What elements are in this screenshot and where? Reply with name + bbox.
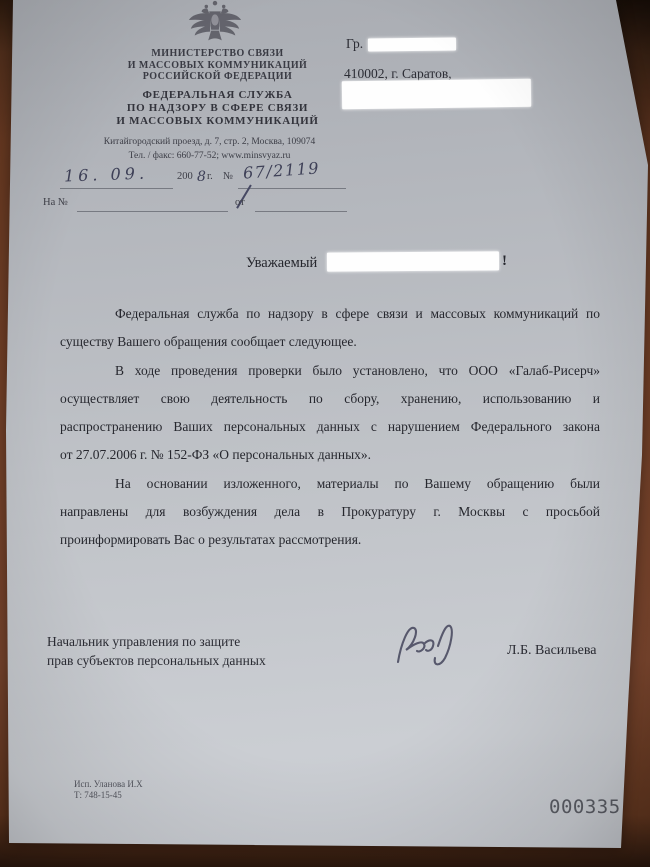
body-line: Федеральная служба по надзору в сфере св… xyxy=(60,300,600,328)
executor-name: Исп. Уланова И.Х xyxy=(74,779,143,790)
paper-content: МИНИСТЕРСТВО СВЯЗИ И МАССОВЫХ КОММУНИКАЦ… xyxy=(0,0,650,867)
body-line: На основании изложенного, материалы по В… xyxy=(60,470,600,498)
executor-note: Исп. Уланова И.Х Т: 748-15-45 xyxy=(74,779,143,800)
incoming-from-label: от xyxy=(235,197,245,208)
body-line: от 27.07.2006 г. № 152-ФЗ «О персональны… xyxy=(60,441,600,469)
number-underline xyxy=(238,187,346,189)
date-underline xyxy=(60,187,173,189)
salutation-punct: ! xyxy=(502,253,507,270)
number-sign: № xyxy=(223,171,233,182)
letterhead-contact: Тел. / факс: 660-77-52; www.minsvyaz.ru xyxy=(17,150,402,164)
incoming-date-underline xyxy=(255,210,347,212)
redaction-box-address xyxy=(342,79,531,110)
body-line: В ходе проведения проверки было установл… xyxy=(60,357,600,385)
salutation-word: Уважаемый xyxy=(246,255,317,272)
service-name-line3: И МАССОВЫХ КОММУНИКАЦИЙ xyxy=(25,115,410,128)
document-photo: МИНИСТЕРСТВО СВЯЗИ И МАССОВЫХ КОММУНИКАЦ… xyxy=(0,0,650,867)
coat-of-arms-eagle-icon xyxy=(186,0,244,42)
body-line: распространению Ваших персональных данны… xyxy=(60,413,600,441)
document-paper: МИНИСТЕРСТВО СВЯЗИ И МАССОВЫХ КОММУНИКАЦ… xyxy=(0,0,650,867)
signer-title-line2: прав субъектов персональных данных xyxy=(47,653,266,669)
handwritten-date: 16. 09. xyxy=(64,164,149,186)
incoming-number-label: На № xyxy=(43,197,68,208)
body-line: направлены для возбуждения дела в Прокур… xyxy=(60,498,600,526)
year-label: г. xyxy=(207,171,213,182)
redaction-box-name xyxy=(368,38,456,52)
handwritten-year-digit: 8 xyxy=(197,169,206,185)
incoming-number-underline xyxy=(77,210,228,212)
paper-wrapper: МИНИСТЕРСТВО СВЯЗИ И МАССОВЫХ КОММУНИКАЦ… xyxy=(0,0,650,867)
addressee-prefix: Гр. xyxy=(346,36,363,52)
signer-title-line1: Начальник управления по защите xyxy=(47,634,240,650)
body-line: существу Вашего обращения сообщает следу… xyxy=(60,328,600,356)
handwritten-signature xyxy=(388,616,468,674)
letter-body: Федеральная служба по надзору в сфере св… xyxy=(60,300,600,555)
letterhead-address: Китайгородский проезд, д. 7, стр. 2, Мос… xyxy=(17,136,402,150)
body-line: проинформировать Вас о результатах рассм… xyxy=(60,526,600,554)
printed-year: 200 xyxy=(177,171,193,182)
body-line: осуществляет свою деятельность по сбору,… xyxy=(60,385,600,413)
handwritten-outgoing-number: 67/2119 xyxy=(242,158,320,182)
executor-phone: Т: 748-15-45 xyxy=(74,790,143,801)
redaction-box-salutation xyxy=(327,251,499,271)
page-stamp-number: 000335 xyxy=(549,796,621,818)
signer-name: Л.Б. Васильева xyxy=(507,643,597,659)
